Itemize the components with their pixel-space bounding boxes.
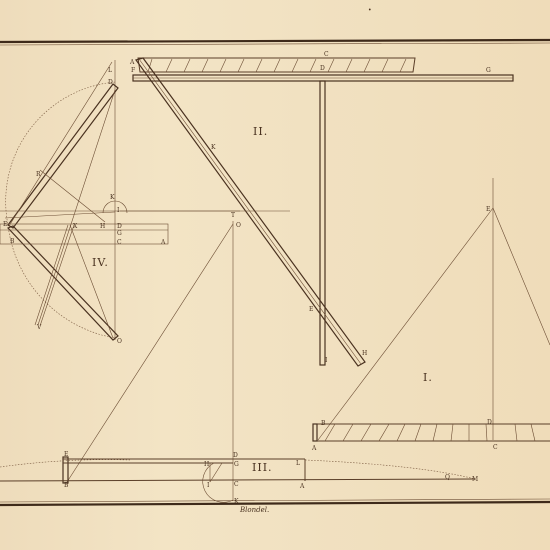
point-label: E [3,221,7,228]
point-label: L [108,67,112,74]
point-label: Q [445,474,450,481]
point-label: L [296,460,300,467]
point-label: D [487,419,492,426]
point-label: G [234,461,239,468]
point-label: A [160,239,166,246]
point-label: E [486,206,490,213]
diagram-canvas: • A F C D G K E H I II. [0,0,550,550]
figure-2: A F C D G K E H I II. [129,51,513,366]
engraver-signature: Blondel. [239,506,269,514]
point-label: K [234,498,239,505]
point-label: D [320,65,325,72]
engraving-plate: • A F C D G K E H I II. [0,0,550,550]
point-label: O [117,338,122,345]
point-label: T [231,212,235,219]
point-label: A [129,59,135,66]
point-label: A [299,483,305,490]
figure-numeral: III. [252,461,273,474]
point-label: H [362,350,367,357]
point-label: V [36,324,42,331]
point-label: C [117,239,122,246]
top-frame-line [0,40,550,42]
figure-numeral: II. [253,125,268,138]
figure-3: E B T O D G H I C K L A Q M III. [0,211,478,505]
point-label: D [117,223,122,230]
point-label: B [64,482,69,489]
point-label: G [117,230,122,237]
point-label: G [486,67,491,74]
page-mark: • [368,7,372,14]
point-label: E [309,306,313,313]
point-label: I [117,207,120,214]
point-label: K [211,144,216,151]
point-label: D [108,79,113,86]
figure-numeral: I. [423,371,433,384]
point-label: D [233,452,238,459]
point-label: E [64,451,68,458]
point-label: C [234,481,239,488]
figure-numeral: IV. [92,256,109,269]
point-label: B [10,238,15,245]
point-label: H [100,223,105,230]
point-label: K [110,194,115,201]
point-label: I [325,357,328,364]
point-label: I [207,482,210,489]
bottom-frame-line [0,502,550,505]
point-label: X [73,223,78,230]
figure-4: L D R K I E X H D G B C A V O IV. [0,60,290,345]
point-label: B [321,420,326,427]
point-label: R [36,171,41,178]
point-label: C [324,51,329,58]
point-label: A [311,445,317,452]
point-label: C [493,444,498,451]
point-label: M [472,476,478,483]
point-label: F [131,67,135,74]
figure-1: E B A D C I. [311,178,550,452]
point-label: H [204,461,209,468]
point-label: O [236,222,241,229]
